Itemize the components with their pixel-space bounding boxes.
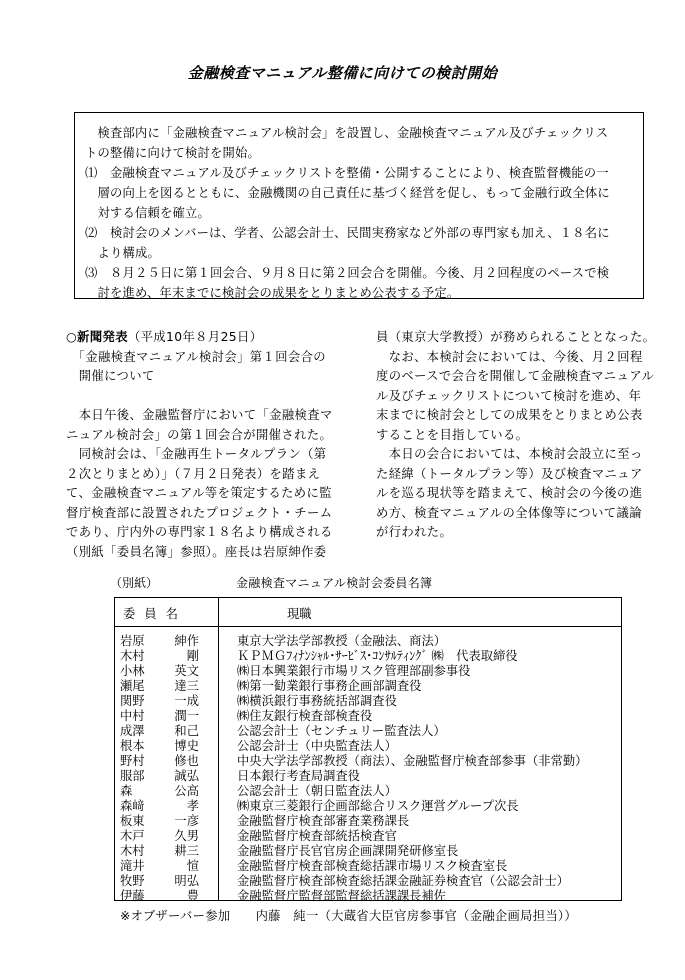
summary-line: 層の向上を図るとともに、金融機関の自己責任に基づく経営を促し、もって金融行政全体…: [85, 183, 610, 203]
summary-line: ⑶ ８月２５日に第１回会合、９月８日に第２回会合を開催。今後、月２回程度のペース…: [85, 263, 609, 283]
table-row: 瀬尾達三㈱第一勧業銀行事務企画部調査役: [115, 679, 621, 694]
bullet-icon: ○: [66, 330, 77, 344]
header-position: 現職: [287, 604, 312, 622]
member-roster-table: 委員名 現職 岩原紳作東京大学法学部教授（金融法、商法） 木村剛ＫＰＭＧﾌｨﾅﾝ…: [114, 597, 622, 901]
table-row: 牧野明弘金融監督庁検査部検査総括課金融証券検査官（公認会計士）: [115, 874, 621, 889]
press-right-line: 本日の会合においては、本検討会設立に至っ: [376, 445, 643, 465]
press-right-line: ル及びチェックリストについて検討を進め、年: [376, 387, 641, 407]
table-row: 木村剛ＫＰＭＧﾌｨﾅﾝｼｬﾙ･ｻｰﾋﾞｽ･ｺﾝｻﾙﾃｨﾝｸﾞ ㈱ 代表取締役: [115, 649, 621, 664]
press-label: 新聞発表: [77, 330, 128, 344]
press-right-line: 度のベースで会合を開催して金融検査マニュアル: [376, 367, 654, 387]
header-member-name: 委員名: [123, 604, 187, 622]
press-right-line: することを目指している。: [376, 426, 528, 446]
press-left-line: 開催について: [66, 367, 155, 387]
table-row: 木村耕三金融監督庁長官官房企画課開発研修室長: [115, 844, 621, 859]
press-left-line: て、金融検査マニュアル等を策定するために監: [66, 484, 332, 504]
table-row: 伊藤豊金融監督庁監督部監督総括課課長補佐: [115, 889, 621, 904]
press-right-line: なお、本検討会においては、今後、月２回程: [376, 348, 643, 368]
table-row: 木戸久男金融監督庁検査部統括検査官: [115, 829, 621, 844]
table-row: 森﨑孝㈱東京三菱銀行企画部総合リスク運営グループ次長: [115, 799, 621, 814]
press-right-line: が行われた。: [376, 523, 452, 543]
summary-line: ⑵ 検討会のメンバーは、学者、公認会計士、民間実務家など外部の専門家も加え、１８…: [85, 223, 610, 243]
summary-line: ⑴ 金融検査マニュアル及びチェックリストを整備・公開することにより、検査監督機能…: [85, 163, 609, 183]
summary-line: 対する信頼を確立。: [85, 203, 210, 223]
press-right-line: ルを巡る現状等を踏まえて、検討会の今後の進: [376, 484, 642, 504]
summary-line: 討を進め、年末までに検討会の成果をとりまとめ公表する予定。: [85, 283, 459, 303]
table-row: 岩原紳作東京大学法学部教授（金融法、商法）: [115, 634, 621, 649]
summary-box: 検査部内に「金融検査マニュアル検討会」を設置し、金融検査マニュアル及びチェックリ…: [74, 112, 644, 299]
table-row: 関野一成㈱横浜銀行事務統括部調査役: [115, 694, 621, 709]
press-left-line: 督庁検査部に設置されたプロジェクト・チーム: [66, 504, 332, 524]
press-right-line: め方、検査マニュアルの全体像等について議論: [376, 504, 642, 524]
summary-line: より構成。: [85, 243, 160, 263]
press-right-line: た経緯（トータルプラン等）及び検査マニュア: [376, 465, 643, 485]
press-left-line: ２次とりまとめ）」（７月２日発表）を踏まえ: [66, 465, 320, 485]
annex-label: （別紙）: [110, 574, 158, 591]
press-header: ○新聞発表（平成10年８月25日）: [66, 328, 262, 348]
member-rows: 岩原紳作東京大学法学部教授（金融法、商法） 木村剛ＫＰＭＧﾌｨﾅﾝｼｬﾙ･ｻｰﾋ…: [115, 634, 621, 904]
header-divider: [115, 626, 621, 627]
table-row: 根本博史公認会計士（中央監査法人）: [115, 739, 621, 754]
press-left-line: 「金融検査マニュアル検討会」第１回会合の: [66, 348, 326, 368]
table-row: 野村修也中央大学法学部教授（商法）、金融監督庁検査部参事（非常勤）: [115, 754, 621, 769]
press-left-line: （別紙「委員名簿」参照）。座長は岩原紳作委: [66, 543, 327, 563]
summary-line: 検査部内に「金融検査マニュアル検討会」を設置し、金融検査マニュアル及びチェックリ…: [85, 123, 608, 143]
press-left-line: であり、庁内外の専門家１８名より構成される: [66, 523, 333, 543]
summary-line: トの整備に向けて検討を開始。: [85, 143, 260, 163]
table-row: 服部誠弘日本銀行考査局調査役: [115, 769, 621, 784]
observer-note: ※オブザーバー参加 内藤 純一（大蔵省大臣官房参事官（金融企画局担当））: [120, 906, 577, 924]
press-date: （平成10年８月25日）: [128, 330, 262, 344]
press-right-line: 末までに検討会としての成果をとりまとめ公表: [376, 406, 643, 426]
table-row: 成澤和己公認会計士（センチュリー監査法人）: [115, 724, 621, 739]
document-title: 金融検査マニュアル整備に向けての検討開始: [0, 62, 685, 83]
table-row: 滝井愃金融監督庁検査部検査総括課市場リスク検査室長: [115, 859, 621, 874]
press-left-line: 同検討会は、「金融再生トータルプラン（第: [66, 445, 327, 465]
annex-title: 金融検査マニュアル検討会委員名簿: [236, 574, 432, 591]
table-row: 板東一彦金融監督庁検査部審査業務課長: [115, 814, 621, 829]
press-left-line: 本日午後、金融監督庁において「金融検査マ: [66, 406, 333, 426]
press-left-line: ニュアル検討会」の第１回会合が開催された。: [66, 426, 332, 446]
table-row: 中村潤一㈱住友銀行検査部検査役: [115, 709, 621, 724]
table-row: 小林英文㈱日本興業銀行市場リスク管理部副参事役: [115, 664, 621, 679]
table-row: 森公高公認会計士（朝日監査法人）: [115, 784, 621, 799]
press-right-line: 員（東京大学教授）が務められることとなった。: [376, 328, 655, 348]
